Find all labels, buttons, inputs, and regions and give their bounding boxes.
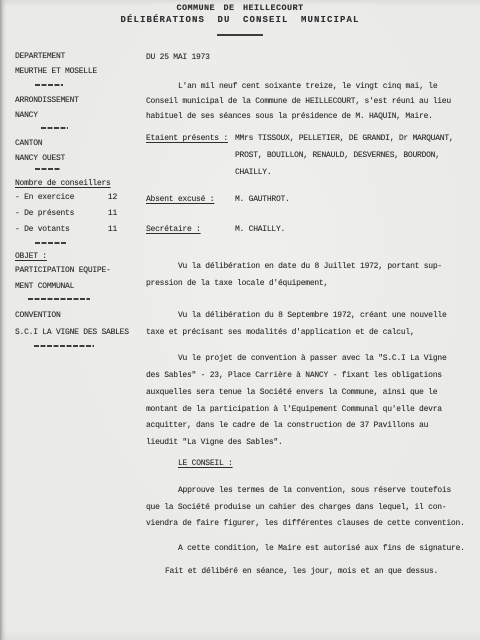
scanned-document-page: COMMUNE DE HEILLECOURT DÉLIBÉRATIONS DU … [0,0,480,640]
paragraph-line: taxe et précisant ses modalités d'applic… [146,327,415,338]
paragraph-line: pression de la taxe locale d'équipement, [146,278,328,289]
presents-label: Etaient présents : [146,133,228,144]
document-title: DÉLIBÉRATIONS DU CONSEIL MUNICIPAL [0,15,480,26]
departement-label: DEPARTEMENT [15,51,65,62]
convention-label: CONVENTION [15,310,61,321]
intro-line: L'an mil neuf cent soixante treize, le v… [178,81,437,92]
absent-label: Absent excusé : [146,194,214,205]
conseillers-row-value: 12 [108,192,117,203]
conseillers-row: - En exercice 12 [15,192,117,203]
paragraph-line: lieudit "La Vigne des Sables". [146,437,283,448]
arrondissement-value: NANCY [15,110,38,121]
canton-label: CANTON [15,138,42,149]
secretaire-label: Secrétaire : [146,224,201,235]
paragraph-line: A cette condition, le Maire est autorisé… [178,543,465,554]
objet-line: MENT COMMUNAL [15,281,74,292]
conseillers-row-label: - De présents [15,208,74,219]
secretaire-value: M. CHAILLY. [235,224,285,235]
paragraph-line: acquitter, dans le cadre de la construct… [146,420,428,431]
conseillers-row: - De présents 11 [15,208,117,219]
paragraph-line: Fait et délibéré en séance, les jour, mo… [165,566,438,577]
canton-value: NANCY OUEST [15,153,65,164]
conseillers-heading: Nombre de conseillers [15,178,111,189]
divider [35,168,61,170]
conseillers-row-value: 11 [108,224,117,235]
paragraph-line: Vu la délibération en date du 8 Juillet … [178,261,442,272]
divider [41,127,68,129]
paragraph-line: Approuve les termes de la convention, so… [178,485,451,496]
title-rule [217,34,263,36]
conseillers-row-label: - En exercice [15,192,74,203]
objet-line: PARTICIPATION EQUIPE- [15,265,111,276]
presents-line: PROST, BOUILLON, RENAULD, DESVERNES, BOU… [235,150,440,161]
divider [35,84,63,86]
departement-value: MEURTHE ET MOSELLE [15,66,97,77]
conseillers-row-value: 11 [108,208,117,219]
convention-value: S.C.I LA VIGNE DES SABLES [15,327,129,338]
arrondissement-label: ARRONDISSEMENT [15,95,79,106]
commune-name: COMMUNE DE HEILLECOURT [0,3,480,14]
paragraph-line: viendra de faire figurer, les différente… [146,518,465,529]
presents-line: CHAILLY. [235,167,271,178]
conseil-heading: LE CONSEIL : [178,458,233,469]
paragraph-line: des Sables" - 23, Place Carrière à NANCY… [146,370,442,381]
intro-line: habituel de ses séances sous la présiden… [146,111,433,122]
paragraph-line: auxquelles sera tenue la Société envers … [146,387,437,398]
paragraph-line: Vu le projet de convention à passer avec… [178,353,447,364]
divider [35,242,67,244]
divider [28,298,90,300]
date-heading: DU 25 MAI 1973 [146,52,210,63]
divider [34,345,94,347]
paragraph-line: que la Société produise un cahier des ch… [146,502,446,513]
presents-line: MMrs TISSOUX, PELLETIER, DE GRANDI, Dr M… [235,133,453,144]
conseillers-row-label: - De votants [15,224,70,235]
paragraph-line: Vu la délibération du 8 Septembre 1972, … [178,310,447,321]
conseillers-row: - De votants 11 [15,224,117,235]
intro-line: Conseil municipal de la Commune de HEILL… [146,96,451,107]
objet-label: OBJET : [15,251,47,262]
absent-value: M. GAUTHROT. [235,194,290,205]
paragraph-line: montant de la participation à l'Equipeme… [146,404,442,415]
